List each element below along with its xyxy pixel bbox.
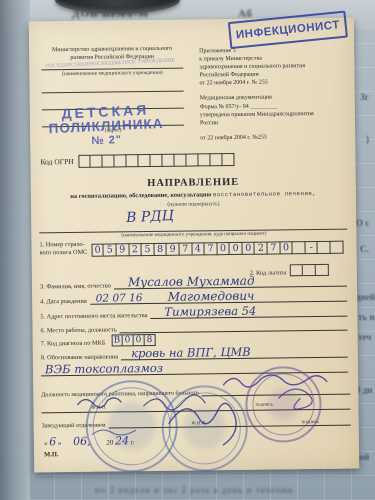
background-text-fragment: Зг xyxy=(360,92,369,102)
reason-line: кровь на ВПГ, ЦМВ xyxy=(121,347,348,361)
address-handwriting: Тимирязева 54 xyxy=(164,304,256,319)
birth-line: 02 07 16 Магомедович xyxy=(90,291,348,305)
reason-row: 8. Обоснование направления кровь на ВПГ,… xyxy=(41,347,348,362)
birth-date-handwriting: 02 07 16 xyxy=(96,292,143,305)
policy-row: 1. Номер страхо- вого полиса ОМС 0592589… xyxy=(39,238,348,257)
name-line: Мусалов Мухаммад xyxy=(114,276,347,290)
patronymic-handwriting: Магомедович xyxy=(168,289,255,304)
address-label: 5. Адрес постоянного места жительства xyxy=(40,312,147,320)
ogrn-label: Код ОГРН xyxy=(40,157,73,166)
birth-row: 4. Дата рождения 02 07 16 Магомедович xyxy=(40,291,347,306)
destination-handwriting: В РДЦ xyxy=(126,208,174,226)
form-subtitle: на госпитализацию, обследование, консуль… xyxy=(31,190,356,201)
form-header-right: Приложение 5 к приказу Министерства здра… xyxy=(199,46,345,143)
plastic-sleeve-edge xyxy=(0,0,30,500)
underline-note: (нужное подчеркнуть) xyxy=(31,200,356,210)
reason-label: 8. Обоснование направления xyxy=(41,353,118,361)
reason-handwriting: кровь на ВПГ, ЦМВ xyxy=(131,345,251,360)
work-line xyxy=(120,320,348,334)
background-text-fragment: дней xyxy=(356,292,375,302)
referral-form-paper: ИНФЕКЦИОНИСТ Министерство здравоохранени… xyxy=(29,18,359,473)
background-text-fragment: С. xyxy=(360,244,369,254)
date-day-handwriting: 6 xyxy=(49,435,56,448)
background-text-fragment: теч xyxy=(358,332,371,342)
ogrn-row: Код ОГРН xyxy=(40,153,234,168)
subtitle-bold: на госпитализацию, обследование, консуль… xyxy=(70,191,211,200)
form-title: НАПРАВЛЕНИЕ xyxy=(31,176,356,191)
icd-label: 7. Код диагноза по МКБ xyxy=(41,340,106,348)
background-text-fragment: ) xyxy=(366,134,369,144)
background-text-fragment: 0 дн xyxy=(356,385,373,395)
round-stamp-purple xyxy=(243,364,323,444)
address-line: Тимирязева 54 xyxy=(150,306,347,319)
clinic-stamp: ДЕТСКАЯ ПОЛИКЛИНИКА № 2" xyxy=(25,101,187,151)
doc-date-line: от 22 ноября 2004 г. №255 xyxy=(200,132,345,142)
background-text-fragment: но 2 недели и экс 2 раза в день и течени… xyxy=(95,485,294,495)
background-text-fragment: О с xyxy=(356,218,369,228)
address-row: 5. Адрес постоянного места жительства Ти… xyxy=(40,306,347,321)
subtitle-typed: восстановительное лечение, xyxy=(213,190,317,198)
policy-number-boxes: 0592589747000270- xyxy=(91,240,343,256)
icd-boxes: В008 xyxy=(111,334,155,347)
birth-label: 4. Дата рождения xyxy=(40,298,87,306)
reason-handwriting-2: ВЭБ токсоплазмоз xyxy=(45,361,163,376)
name-label: 3. Фамилия, имя, отчество xyxy=(40,283,111,291)
mp-label: М.П. xyxy=(44,451,59,458)
name-handwriting: Мусалов Мухаммад xyxy=(128,274,255,290)
divider-line xyxy=(42,90,184,93)
ogrn-boxes xyxy=(79,153,235,168)
background-text-fragment: ть н xyxy=(358,312,375,322)
work-label: 6. Место работы, должность xyxy=(40,326,116,334)
benefit-row: 2. Код льготы xyxy=(250,264,330,277)
photo-scene: ДОВ ВРАЧ-М Аб Зг ) О с С. дней ть н теч … xyxy=(0,0,375,500)
name-row: 3. Фамилия, имя, отчество Мусалов Мухамм… xyxy=(40,276,347,291)
policy-label: 1. Номер страхо- вого полиса ОМС xyxy=(39,241,87,257)
appendix-line: от 22 ноября 2004 г. № 255 xyxy=(199,78,344,88)
institution-caption: (наименование медицинского учреждения) xyxy=(41,69,183,78)
benefit-boxes xyxy=(290,264,329,276)
work-row: 6. Место работы, должность xyxy=(40,320,347,335)
